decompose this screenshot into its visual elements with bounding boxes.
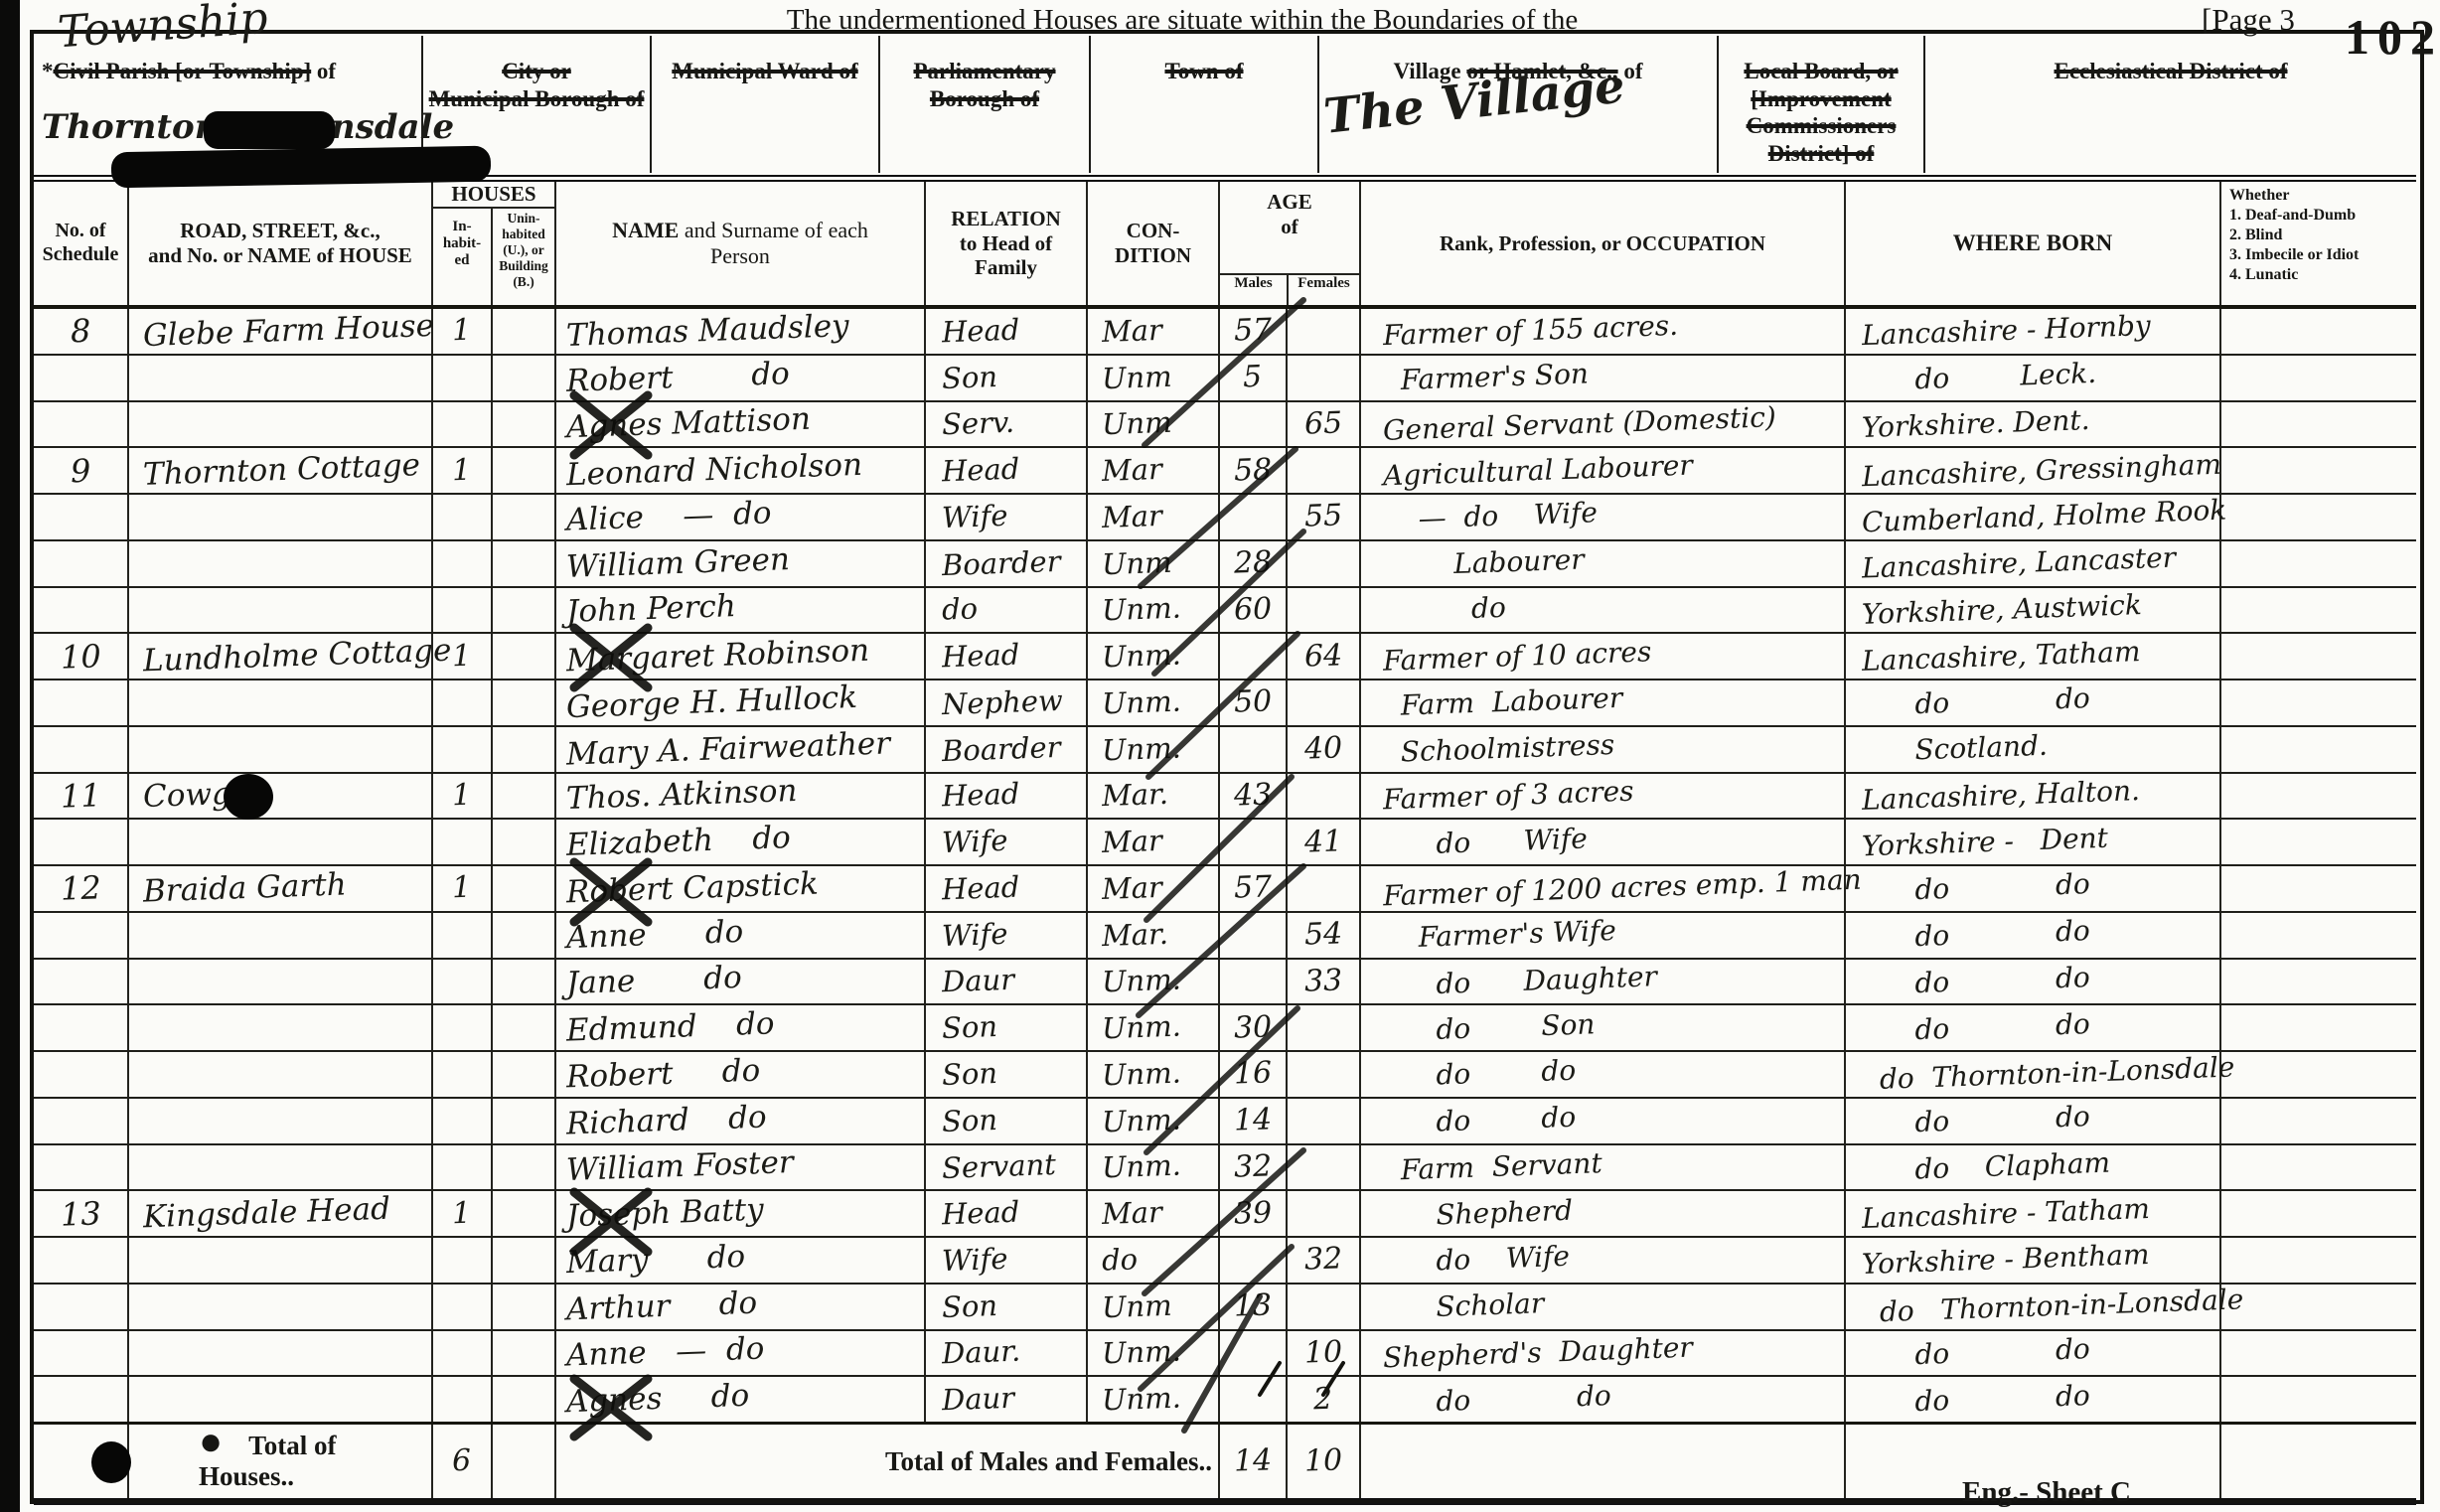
cell-condition: Unm.	[1088, 588, 1220, 633]
cell-infirmity	[2221, 1238, 2416, 1283]
totals-houses-label-cell: ●Total of Houses..	[129, 1425, 433, 1498]
cell-relation: Head	[926, 448, 1088, 493]
cell-occupation: — do Wife	[1361, 495, 1846, 539]
cell-inhabited	[433, 1005, 493, 1050]
cell-house: Lundholme Cottage	[129, 634, 433, 679]
cell-age_m: 13	[1220, 1285, 1288, 1329]
cell-uninhabited	[493, 356, 556, 400]
cell-born: do do	[1846, 1099, 2221, 1143]
cell-condition: Mar.	[1088, 774, 1220, 819]
totals-males-females-label-cell: Total of Males and Females..	[556, 1425, 1220, 1498]
cell-schedule	[34, 820, 129, 864]
cell-inhabited	[433, 356, 493, 400]
cell-uninhabited	[493, 541, 556, 586]
cell-born: Lancashire, Lancaster	[1846, 541, 2221, 586]
cell-born: Yorkshire, Austwick	[1846, 588, 2221, 633]
cell-relation: Wife	[926, 495, 1088, 539]
header-field-6: Local Board, or [Improvement Commissione…	[1719, 36, 1925, 173]
cell-name: Mary A. Fairweather	[556, 727, 926, 772]
cell-occupation: Farmer of 155 acres.	[1361, 309, 1846, 354]
cell-condition: Mar	[1088, 448, 1220, 493]
cell-occupation: Labourer	[1361, 541, 1846, 586]
header-field-3: Parliamentary Borough of	[880, 36, 1091, 173]
cell-relation: Son	[926, 1052, 1088, 1097]
cell-schedule	[34, 1145, 129, 1190]
cell-born: do do	[1846, 1005, 2221, 1050]
cell-uninhabited	[493, 495, 556, 539]
cell-house	[129, 1099, 433, 1143]
table-row: Mary doWifedo32 do WifeYorkshire - Benth…	[34, 1238, 2416, 1285]
cell-infirmity	[2221, 588, 2416, 633]
cell-uninhabited	[493, 1099, 556, 1143]
census-sheet: Township The undermentioned Houses are s…	[0, 0, 2440, 1512]
cell-inhabited: 1	[433, 1191, 493, 1236]
cell-relation: Son	[926, 1005, 1088, 1050]
cell-condition: Unm.	[1088, 634, 1220, 679]
col-where-born: WHERE BORN	[1846, 182, 2221, 305]
cell-house	[129, 1377, 433, 1422]
table-row: 12Braida Garth1Robert CapstickHeadMar57F…	[34, 866, 2416, 913]
cell-occupation: Farmer of 1200 acres emp. 1 man	[1361, 866, 1846, 911]
cell-house	[129, 1145, 433, 1190]
cell-age_f	[1288, 1005, 1361, 1050]
header-field-4: Town of	[1091, 36, 1319, 173]
cell-age_m	[1220, 495, 1288, 539]
total-males-females-label: Total of Males and Females..	[885, 1446, 1212, 1477]
table-row: Robert doSonUnm.16 do do do Thornton-in-…	[34, 1052, 2416, 1099]
cell-born: do do	[1846, 913, 2221, 958]
cell-schedule	[34, 1052, 129, 1097]
cell-infirmity	[2221, 774, 2416, 819]
table-header: No. of Schedule ROAD, STREET, &c., and N…	[34, 182, 2416, 309]
cell-infirmity	[2221, 1145, 2416, 1190]
header-field-5: Village or Hamlet, &c., ofThe Village	[1319, 36, 1719, 173]
cell-house: Braida Garth	[129, 866, 433, 911]
cell-occupation: Shepherd's Daughter	[1361, 1331, 1846, 1376]
cell-age_m: 50	[1220, 680, 1288, 725]
cell-relation: Daur.	[926, 1331, 1088, 1376]
cell-uninhabited	[493, 1285, 556, 1329]
cell-inhabited	[433, 820, 493, 864]
cell-occupation: Farmer's Son	[1361, 356, 1846, 400]
table-row: Anne — doDaur.Unm.10Shepherd's Daughter …	[34, 1331, 2416, 1378]
cell-occupation: Scholar	[1361, 1285, 1846, 1329]
cell-inhabited	[433, 541, 493, 586]
cell-relation: Head	[926, 866, 1088, 911]
col-age-females: Females	[1289, 275, 1359, 305]
cell-name: Elizabeth do	[556, 820, 926, 864]
cell-inhabited: 1	[433, 448, 493, 493]
table-row: 13Kingsdale Head1Joseph BattyHeadMar39 S…	[34, 1191, 2416, 1238]
cell-inhabited	[433, 1145, 493, 1190]
col-road: ROAD, STREET, &c., and No. or NAME of HO…	[129, 182, 433, 305]
table-row: 8Glebe Farm House1Thomas MaudsleyHeadMar…	[34, 309, 2416, 356]
cell-schedule	[34, 1238, 129, 1283]
table-row: Anne doWifeMar.54 Farmer's Wife do do	[34, 913, 2416, 960]
cell-name: Thos. Atkinson	[556, 774, 926, 819]
table-row: Alice — doWifeMar55 — do WifeCumberland,…	[34, 495, 2416, 541]
cell-house	[129, 495, 433, 539]
sheet-title: The undermentioned Houses are situate wi…	[755, 4, 1609, 37]
total-males-value: 14	[1233, 1445, 1272, 1476]
cell-occupation: Farmer of 3 acres	[1361, 774, 1846, 819]
cell-schedule: 11	[34, 774, 129, 819]
cell-condition: Mar	[1088, 1191, 1220, 1236]
cell-relation: Head	[926, 309, 1088, 354]
cell-uninhabited	[493, 913, 556, 958]
cell-schedule	[34, 727, 129, 772]
cell-uninhabited	[493, 960, 556, 1004]
cell-age_f: 32	[1288, 1238, 1361, 1283]
cell-born: do do	[1846, 1331, 2221, 1376]
cell-age_m	[1220, 634, 1288, 679]
totals-houses-value-cell: 6	[433, 1425, 493, 1498]
cell-relation: Daur	[926, 1377, 1088, 1422]
cell-born: Lancashire - Tatham	[1846, 1191, 2221, 1236]
cell-house	[129, 588, 433, 633]
cell-age_f	[1288, 680, 1361, 725]
cell-relation: Nephew	[926, 680, 1088, 725]
cell-inhabited	[433, 1099, 493, 1143]
cell-schedule	[34, 541, 129, 586]
cell-infirmity	[2221, 356, 2416, 400]
cell-age_m	[1220, 913, 1288, 958]
cell-born: do Clapham	[1846, 1145, 2221, 1190]
cell-schedule	[34, 913, 129, 958]
cell-condition: Mar	[1088, 309, 1220, 354]
cell-age_m: 30	[1220, 1005, 1288, 1050]
table-rows: 8Glebe Farm House1Thomas MaudsleyHeadMar…	[34, 309, 2416, 1422]
cell-uninhabited	[493, 1331, 556, 1376]
cell-relation: Head	[926, 1191, 1088, 1236]
scan-edge	[0, 0, 20, 1512]
cell-house	[129, 1052, 433, 1097]
cell-name: William Green	[556, 541, 926, 586]
cell-schedule	[34, 960, 129, 1004]
cell-born: Lancashire, Gressingham	[1846, 448, 2221, 493]
cell-name: Joseph Batty	[556, 1191, 926, 1236]
cell-house: Thornton Cottage	[129, 448, 433, 493]
cell-condition: Unm	[1088, 356, 1220, 400]
cell-age_m	[1220, 727, 1288, 772]
cell-age_m: 14	[1220, 1099, 1288, 1143]
cell-schedule	[34, 1099, 129, 1143]
cell-uninhabited	[493, 1052, 556, 1097]
table-row: Richard doSonUnm.14 do do do do	[34, 1099, 2416, 1145]
total-of-houses-label: ●Total of Houses..	[199, 1431, 431, 1492]
cell-age_m: 28	[1220, 541, 1288, 586]
cell-occupation: do do	[1361, 1052, 1846, 1097]
cell-inhabited	[433, 913, 493, 958]
table-row: Edmund doSonUnm.30 do Son do do	[34, 1005, 2416, 1052]
cell-born: do Leck.	[1846, 356, 2221, 400]
cell-inhabited	[433, 960, 493, 1004]
cell-house	[129, 960, 433, 1004]
cell-born: Yorkshire. Dent.	[1846, 402, 2221, 447]
cell-condition: Mar	[1088, 820, 1220, 864]
cell-age_m: 57	[1220, 866, 1288, 911]
cell-uninhabited	[493, 634, 556, 679]
cell-name: Robert do	[556, 356, 926, 400]
cell-relation: Servant	[926, 1145, 1088, 1190]
cell-infirmity	[2221, 960, 2416, 1004]
cell-infirmity	[2221, 1052, 2416, 1097]
cell-inhabited	[433, 402, 493, 447]
cell-name: Alice — do	[556, 495, 926, 539]
cell-condition: Unm.	[1088, 727, 1220, 772]
cell-name: John Perch	[556, 588, 926, 633]
cell-born: Yorkshire - Dent	[1846, 820, 2221, 864]
cell-infirmity	[2221, 1377, 2416, 1422]
cell-uninhabited	[493, 448, 556, 493]
cell-infirmity	[2221, 495, 2416, 539]
cell-born: Lancashire, Tatham	[1846, 634, 2221, 679]
cell-age_m	[1220, 1238, 1288, 1283]
cell-infirmity	[2221, 309, 2416, 354]
col-houses: HOUSES In- habit- ed Unin- habited (U.),…	[433, 182, 556, 305]
cell-infirmity	[2221, 913, 2416, 958]
cell-uninhabited	[493, 727, 556, 772]
cell-uninhabited	[493, 1377, 556, 1422]
cell-infirmity	[2221, 448, 2416, 493]
census-table: No. of Schedule ROAD, STREET, &c., and N…	[34, 175, 2416, 1505]
total-houses-value: 6	[452, 1446, 472, 1477]
cell-house	[129, 1005, 433, 1050]
cell-schedule	[34, 1377, 129, 1422]
table-row: 11Cowgill1Thos. AtkinsonHeadMar.43Farmer…	[34, 774, 2416, 821]
cell-schedule: 8	[34, 309, 129, 354]
totals-schedule-cell	[34, 1425, 129, 1498]
cell-uninhabited	[493, 774, 556, 819]
cell-inhabited: 1	[433, 774, 493, 819]
col-name: NAME and Surname of each Person	[556, 182, 926, 305]
cell-condition: Unm.	[1088, 1331, 1220, 1376]
cell-infirmity	[2221, 1331, 2416, 1376]
col-age-males: Males	[1220, 275, 1289, 305]
cell-age_m: 57	[1220, 309, 1288, 354]
header-field-0: *Civil Parish [or Township] ofThornton-i…	[34, 36, 423, 173]
cell-condition: Unm.	[1088, 1145, 1220, 1190]
cell-relation: Son	[926, 1285, 1088, 1329]
cell-house	[129, 727, 433, 772]
cell-born: do Thornton-in-Lonsdale	[1846, 1285, 2221, 1329]
cell-uninhabited	[493, 1145, 556, 1190]
cell-relation: Son	[926, 356, 1088, 400]
cell-house	[129, 541, 433, 586]
cell-name: Agnes Mattison	[556, 402, 926, 447]
cell-inhabited	[433, 1285, 493, 1329]
cell-uninhabited	[493, 402, 556, 447]
total-females-value: 10	[1303, 1445, 1342, 1476]
cell-occupation: Agricultural Labourer	[1361, 448, 1846, 493]
cell-age_f	[1288, 588, 1361, 633]
cell-occupation: do	[1361, 588, 1846, 633]
cell-born: do Thornton-in-Lonsdale	[1846, 1052, 2221, 1097]
cell-infirmity	[2221, 634, 2416, 679]
totals-spacer	[493, 1425, 556, 1498]
cell-condition: Mar.	[1088, 913, 1220, 958]
cell-born: Lancashire - Hornby	[1846, 309, 2221, 354]
cell-inhabited	[433, 1052, 493, 1097]
cell-condition: Unm.	[1088, 960, 1220, 1004]
cell-age_f: 10	[1288, 1331, 1361, 1376]
cell-condition: Unm	[1088, 402, 1220, 447]
cell-age_f: 2	[1288, 1377, 1361, 1422]
cell-schedule: 10	[34, 634, 129, 679]
cell-born: Cumberland, Holme Rook	[1846, 495, 2221, 539]
cell-uninhabited	[493, 680, 556, 725]
cell-inhabited	[433, 495, 493, 539]
cell-uninhabited	[493, 820, 556, 864]
cell-house: Cowgill	[129, 774, 433, 819]
col-inhabited: In- habit- ed	[433, 209, 493, 305]
cell-house	[129, 1285, 433, 1329]
table-row: Agnes doDaurUnm.2 do do do do	[34, 1377, 2416, 1422]
cell-uninhabited	[493, 1238, 556, 1283]
cell-infirmity	[2221, 680, 2416, 725]
cell-schedule: 9	[34, 448, 129, 493]
header-field-7: Ecclesiastical District of	[1925, 36, 2416, 173]
cell-age_m	[1220, 1377, 1288, 1422]
cell-condition: Unm	[1088, 1285, 1220, 1329]
col-age-title: AGE of	[1220, 182, 1359, 273]
cell-born: do do	[1846, 680, 2221, 725]
cell-occupation: Shepherd	[1361, 1191, 1846, 1236]
cell-name: Robert do	[556, 1052, 926, 1097]
cell-condition: Unm.	[1088, 1377, 1220, 1422]
cell-infirmity	[2221, 727, 2416, 772]
cell-age_m: 32	[1220, 1145, 1288, 1190]
cell-born: Lancashire, Halton.	[1846, 774, 2221, 819]
cell-born: Yorkshire - Bentham	[1846, 1238, 2221, 1283]
cell-name: Arthur do	[556, 1285, 926, 1329]
cell-infirmity	[2221, 1005, 2416, 1050]
cell-schedule	[34, 1005, 129, 1050]
table-row: Agnes MattisonServ.Unm65General Servant …	[34, 402, 2416, 449]
cell-occupation: Farm Labourer	[1361, 680, 1846, 725]
cell-occupation: Farmer of 10 acres	[1361, 634, 1846, 679]
table-row: 9Thornton Cottage1Leonard NicholsonHeadM…	[34, 448, 2416, 495]
boundary-fields: *Civil Parish [or Township] ofThornton-i…	[34, 36, 2416, 173]
cell-condition: do	[1088, 1238, 1220, 1283]
cell-inhabited: 1	[433, 866, 493, 911]
cell-name: Robert Capstick	[556, 866, 926, 911]
cell-age_f: 54	[1288, 913, 1361, 958]
cell-age_f: 41	[1288, 820, 1361, 864]
col-relation: RELATION to Head of Family	[926, 182, 1088, 305]
cell-uninhabited	[493, 1005, 556, 1050]
cell-age_m	[1220, 1331, 1288, 1376]
table-row: William FosterServantUnm.32 Farm Servant…	[34, 1145, 2416, 1192]
cell-schedule: 12	[34, 866, 129, 911]
cell-age_f	[1288, 541, 1361, 586]
cell-age_f	[1288, 1145, 1361, 1190]
cell-age_f: 64	[1288, 634, 1361, 679]
page-label: [Page 3	[2202, 2, 2295, 38]
cell-condition: Mar	[1088, 495, 1220, 539]
cell-age_m	[1220, 402, 1288, 447]
cell-name: William Foster	[556, 1145, 926, 1190]
cell-age_f: 55	[1288, 495, 1361, 539]
ink-blot: ●	[199, 1419, 223, 1463]
cell-occupation: do Wife	[1361, 820, 1846, 864]
cell-infirmity	[2221, 820, 2416, 864]
cell-relation: Boarder	[926, 541, 1088, 586]
cell-name: George H. Hullock	[556, 680, 926, 725]
cell-relation: Boarder	[926, 727, 1088, 772]
cell-house	[129, 820, 433, 864]
col-age: AGE of Males Females	[1220, 182, 1361, 305]
cell-house: Glebe Farm House	[129, 309, 433, 354]
cell-age_m	[1220, 820, 1288, 864]
cell-condition: Unm.	[1088, 1005, 1220, 1050]
cell-name: Anne do	[556, 913, 926, 958]
cell-relation: Wife	[926, 820, 1088, 864]
cell-occupation: do Wife	[1361, 1238, 1846, 1283]
cell-age_f	[1288, 448, 1361, 493]
cell-age_m: 16	[1220, 1052, 1288, 1097]
col-occupation: Rank, Profession, or OCCUPATION	[1361, 182, 1846, 305]
cell-house	[129, 402, 433, 447]
cell-age_m	[1220, 960, 1288, 1004]
cell-schedule	[34, 680, 129, 725]
cell-age_f	[1288, 309, 1361, 354]
cell-occupation: General Servant (Domestic)	[1361, 402, 1846, 447]
cell-relation: Wife	[926, 1238, 1088, 1283]
cell-name: Jane do	[556, 960, 926, 1004]
cell-schedule	[34, 588, 129, 633]
cell-occupation: do do	[1361, 1377, 1846, 1422]
cell-age_m: 58	[1220, 448, 1288, 493]
cell-relation: Serv.	[926, 402, 1088, 447]
cell-condition: Unm.	[1088, 1099, 1220, 1143]
cell-condition: Unm	[1088, 541, 1220, 586]
cell-name: Richard do	[556, 1099, 926, 1143]
sheet-code: Eng.- Sheet C	[1962, 1476, 2131, 1509]
cell-born: do do	[1846, 960, 2221, 1004]
cell-occupation: Farm Servant	[1361, 1145, 1846, 1190]
cell-schedule	[34, 1285, 129, 1329]
table-row: Robert doSonUnm5 Farmer's Son do Leck.	[34, 356, 2416, 402]
total-males-cell: 14	[1220, 1425, 1288, 1498]
cell-relation: Daur	[926, 960, 1088, 1004]
cell-uninhabited	[493, 866, 556, 911]
cell-age_f	[1288, 1191, 1361, 1236]
table-row: William GreenBoarderUnm28 LabourerLancas…	[34, 541, 2416, 588]
cell-name: Edmund do	[556, 1005, 926, 1050]
cell-infirmity	[2221, 866, 2416, 911]
cell-relation: Wife	[926, 913, 1088, 958]
cell-age_m: 5	[1220, 356, 1288, 400]
cell-name: Anne — do	[556, 1331, 926, 1376]
table-row: Mary A. FairweatherBoarderUnm.40 Schoolm…	[34, 727, 2416, 774]
cell-inhabited	[433, 1238, 493, 1283]
cell-schedule: 13	[34, 1191, 129, 1236]
cell-infirmity	[2221, 1099, 2416, 1143]
cell-occupation: Schoolmistress	[1361, 727, 1846, 772]
cell-born: do do	[1846, 866, 2221, 911]
cell-age_m: 43	[1220, 774, 1288, 819]
cell-age_f	[1288, 1052, 1361, 1097]
cell-infirmity	[2221, 1285, 2416, 1329]
cell-house	[129, 913, 433, 958]
cell-age_f	[1288, 774, 1361, 819]
cell-uninhabited	[493, 1191, 556, 1236]
table-row: 10Lundholme Cottage1Margaret RobinsonHea…	[34, 634, 2416, 680]
cell-house	[129, 356, 433, 400]
cell-age_f	[1288, 1285, 1361, 1329]
cell-inhabited	[433, 727, 493, 772]
